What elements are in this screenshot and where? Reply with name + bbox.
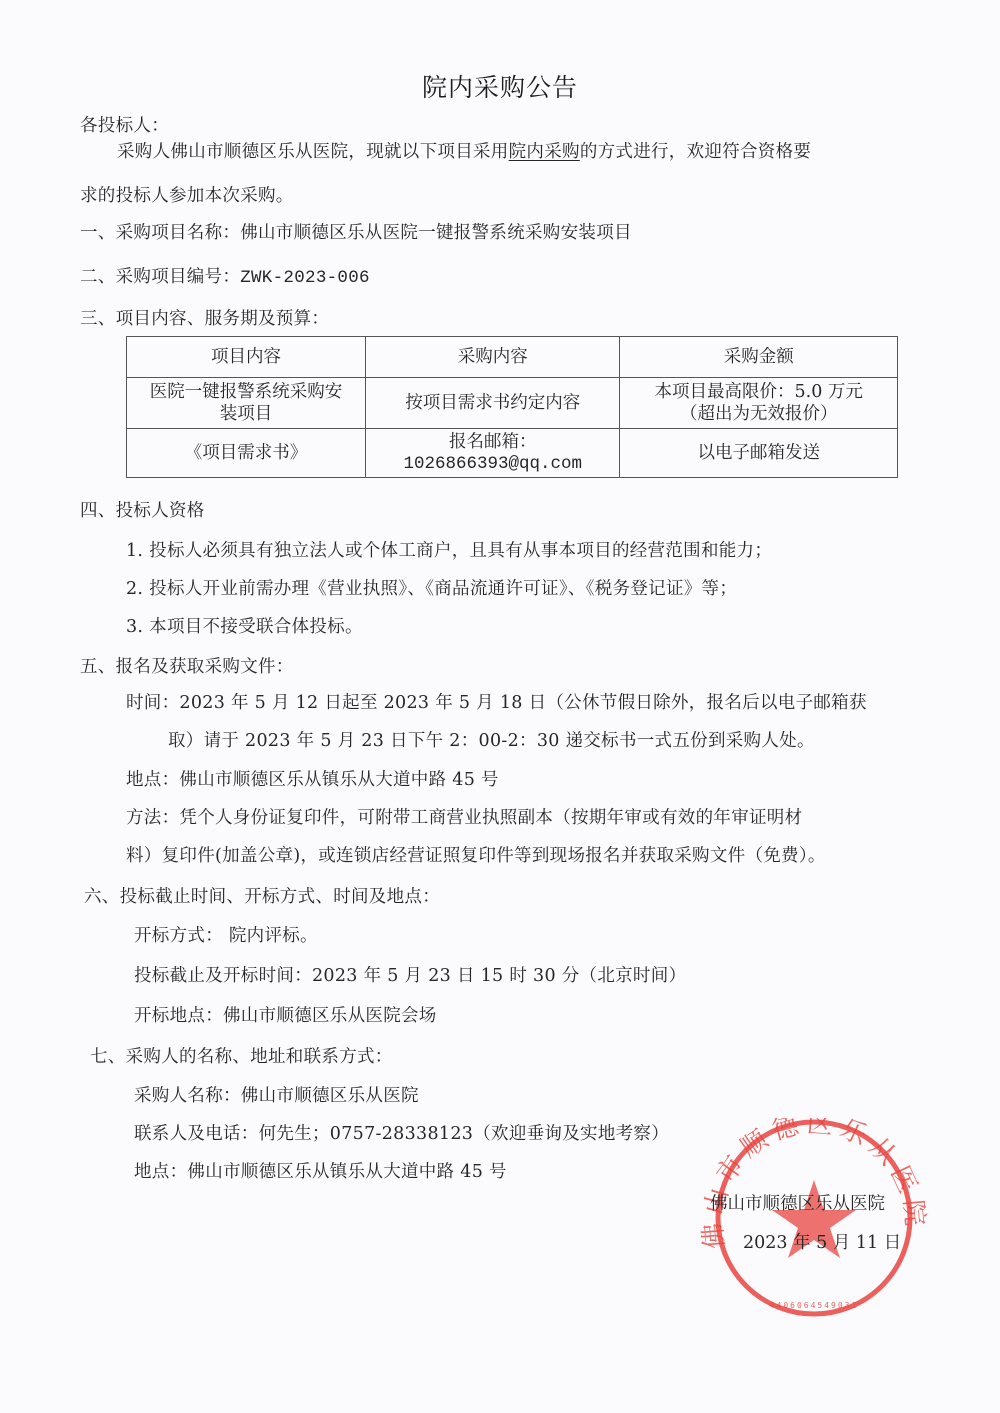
- section-4-label: 四、投标人资格: [80, 497, 205, 522]
- table-cell: 《项目需求书》: [127, 429, 366, 478]
- registration-time-1: 时间：2023 年 5 月 12 日起至 2023 年 5 月 18 日（公休节…: [126, 689, 867, 714]
- bid-opening-method: 开标方式： 院内评标。: [134, 922, 318, 947]
- document-page: 院内采购公告 各投标人： 采购人佛山市顺德区乐从医院，现就以下项目采用院内采购的…: [0, 0, 1000, 1413]
- registration-method-2: 料）复印件(加盖公章)，或连锁店经营证照复印件等到现场报名并获取采购文件（免费）…: [126, 842, 826, 867]
- registration-method-1: 方法：凭个人身份证复印件，可附带工商营业执照副本（按期年审或有效的年审证明材: [126, 804, 802, 829]
- purchaser-name: 采购人名称：佛山市顺德区乐从医院: [134, 1082, 419, 1107]
- registration-email[interactable]: 1026866393@qq.com: [372, 453, 613, 475]
- registration-place: 地点：佛山市顺德区乐从镇乐从大道中路 45 号: [126, 766, 499, 791]
- page-title: 院内采购公告: [0, 68, 1000, 104]
- intro-line-2: 求的投标人参加本次采购。: [80, 182, 294, 207]
- budget-table: 项目内容 采购内容 采购金额 医院一键报警系统采购安装项目 按项目需求书约定内容…: [126, 336, 898, 478]
- table-header: 项目内容: [127, 337, 366, 378]
- purchaser-contact: 联系人及电话：何先生；0757-28338123（欢迎垂询及实地考察）: [134, 1120, 669, 1145]
- salutation: 各投标人：: [80, 112, 169, 137]
- table-row: 《项目需求书》 报名邮箱：1026866393@qq.com 以电子邮箱发送: [127, 429, 898, 478]
- project-code: ZWK-2023-006: [240, 268, 370, 288]
- registration-time-2: 取）请于 2023 年 5 月 23 日下午 2：00-2：30 递交标书一式五…: [168, 727, 815, 752]
- table-header-row: 项目内容 采购内容 采购金额: [127, 337, 898, 378]
- section-1: 一、采购项目名称：佛山市顺德区乐从医院一键报警系统采购安装项目: [80, 219, 632, 244]
- intro-line-1: 采购人佛山市顺德区乐从医院，现就以下项目采用院内采购的方式进行，欢迎符合资格要: [117, 138, 811, 163]
- procurement-method: 院内采购: [509, 142, 580, 162]
- table-cell: 按项目需求书约定内容: [366, 378, 620, 429]
- purchaser-address: 地点：佛山市顺德区乐从镇乐从大道中路 45 号: [134, 1158, 507, 1183]
- table-header: 采购内容: [366, 337, 620, 378]
- official-seal-icon: 佛山市顺德区乐从医院 4406064549031: [695, 1118, 933, 1318]
- section-2: 二、采购项目编号：ZWK-2023-006: [80, 263, 370, 288]
- project-name: 佛山市顺德区乐从医院一键报警系统采购安装项目: [240, 223, 632, 243]
- signature-date: 2023 年 5 月 11 日: [743, 1229, 901, 1254]
- table-cell: 以电子邮箱发送: [620, 429, 898, 478]
- qualification-item: 3. 本项目不接受联合体投标。: [126, 613, 363, 638]
- signature-org: 佛山市顺德区乐从医院: [710, 1190, 885, 1215]
- qualification-item: 1. 投标人必须具有独立法人或个体工商户，且具有从事本项目的经营范围和能力；: [126, 537, 772, 562]
- table-row: 医院一键报警系统采购安装项目 按项目需求书约定内容 本项目最高限价：5.0 万元…: [127, 378, 898, 429]
- section-5-label: 五、报名及获取采购文件：: [80, 653, 294, 678]
- qualification-item: 2. 投标人开业前需办理《营业执照》、《商品流通许可证》、《税务登记证》等；: [126, 575, 737, 600]
- bid-deadline: 投标截止及开标时间：2023 年 5 月 23 日 15 时 30 分（北京时间…: [134, 962, 686, 987]
- table-cell: 本项目最高限价：5.0 万元（超出为无效报价）: [620, 378, 898, 429]
- svg-text:4406064549031: 4406064549031: [770, 1301, 859, 1310]
- section-7-label: 七、采购人的名称、地址和联系方式：: [90, 1043, 393, 1068]
- bid-opening-place: 开标地点：佛山市顺德区乐从医院会场: [134, 1002, 437, 1027]
- table-header: 采购金额: [620, 337, 898, 378]
- section-6-label: 六、投标截止时间、开标方式、时间及地点：: [84, 883, 440, 908]
- table-cell: 报名邮箱：1026866393@qq.com: [366, 429, 620, 478]
- section-3-label: 三、项目内容、服务期及预算：: [80, 305, 329, 330]
- table-cell: 医院一键报警系统采购安装项目: [127, 378, 366, 429]
